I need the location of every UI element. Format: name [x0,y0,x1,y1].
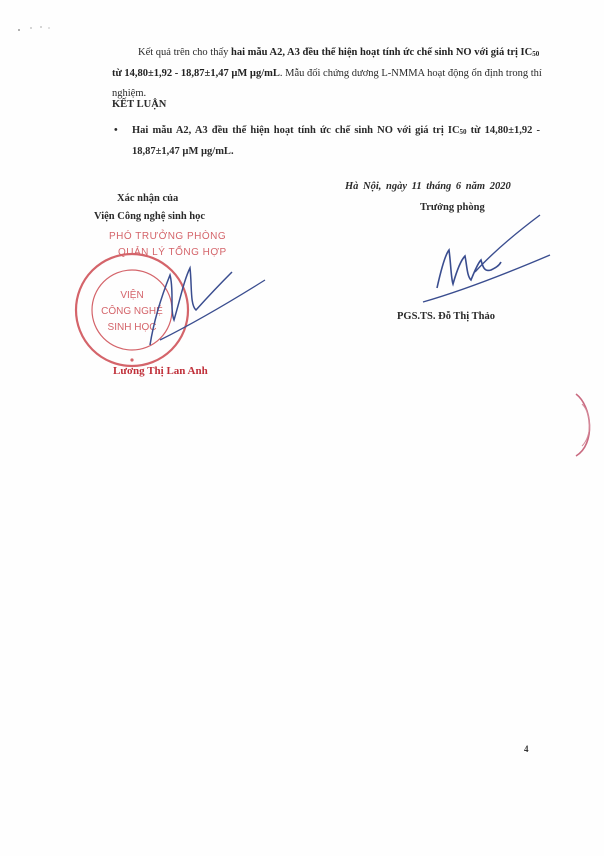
bullet-icon: • [114,121,118,141]
document-page: Kết quả trên cho thấy hai mẫu A2, A3 đều… [0,0,604,856]
signature-right-icon [415,210,555,315]
signer-name-left: Lương Thị Lan Anh [113,365,208,377]
results-paragraph: Kết quả trên cho thấy hai mẫu A2, A3 đều… [112,43,542,104]
page-number: 4 [524,744,529,754]
stamp-title-1: PHÓ TRƯỞNG PHÒNG [109,231,226,242]
signature-left-icon [140,250,270,360]
paragraph-subscript: 50 [532,50,539,58]
conclusion-heading: KẾT LUẬN [112,99,166,110]
bullet-text-a: Hai mẫu A2, A3 đều thể hiện hoạt tính ức… [132,125,460,136]
scan-artifact [16,26,56,32]
paragraph-bold-b: từ 14,80±1,92 - 18,87±1,47 µM µg/mL [112,68,280,79]
signer-name-right: PGS.TS. Đỗ Thị Thảo [397,311,495,322]
paragraph-intro: Kết quả trên cho thấy [138,47,231,58]
institute-name: Viện Công nghệ sinh học [94,211,205,222]
paragraph-bold-a: hai mẫu A2, A3 đều thể hiện hoạt tính ức… [231,47,532,58]
bullet-subscript: 50 [460,128,467,136]
date-line: Hà Nội, ngày 11 tháng 6 năm 2020 [345,181,511,192]
confirmation-label: Xác nhận của [117,193,178,204]
edge-seal-icon [568,390,604,460]
conclusion-bullet: • Hai mẫu A2, A3 đều thể hiện hoạt tính … [128,121,540,162]
